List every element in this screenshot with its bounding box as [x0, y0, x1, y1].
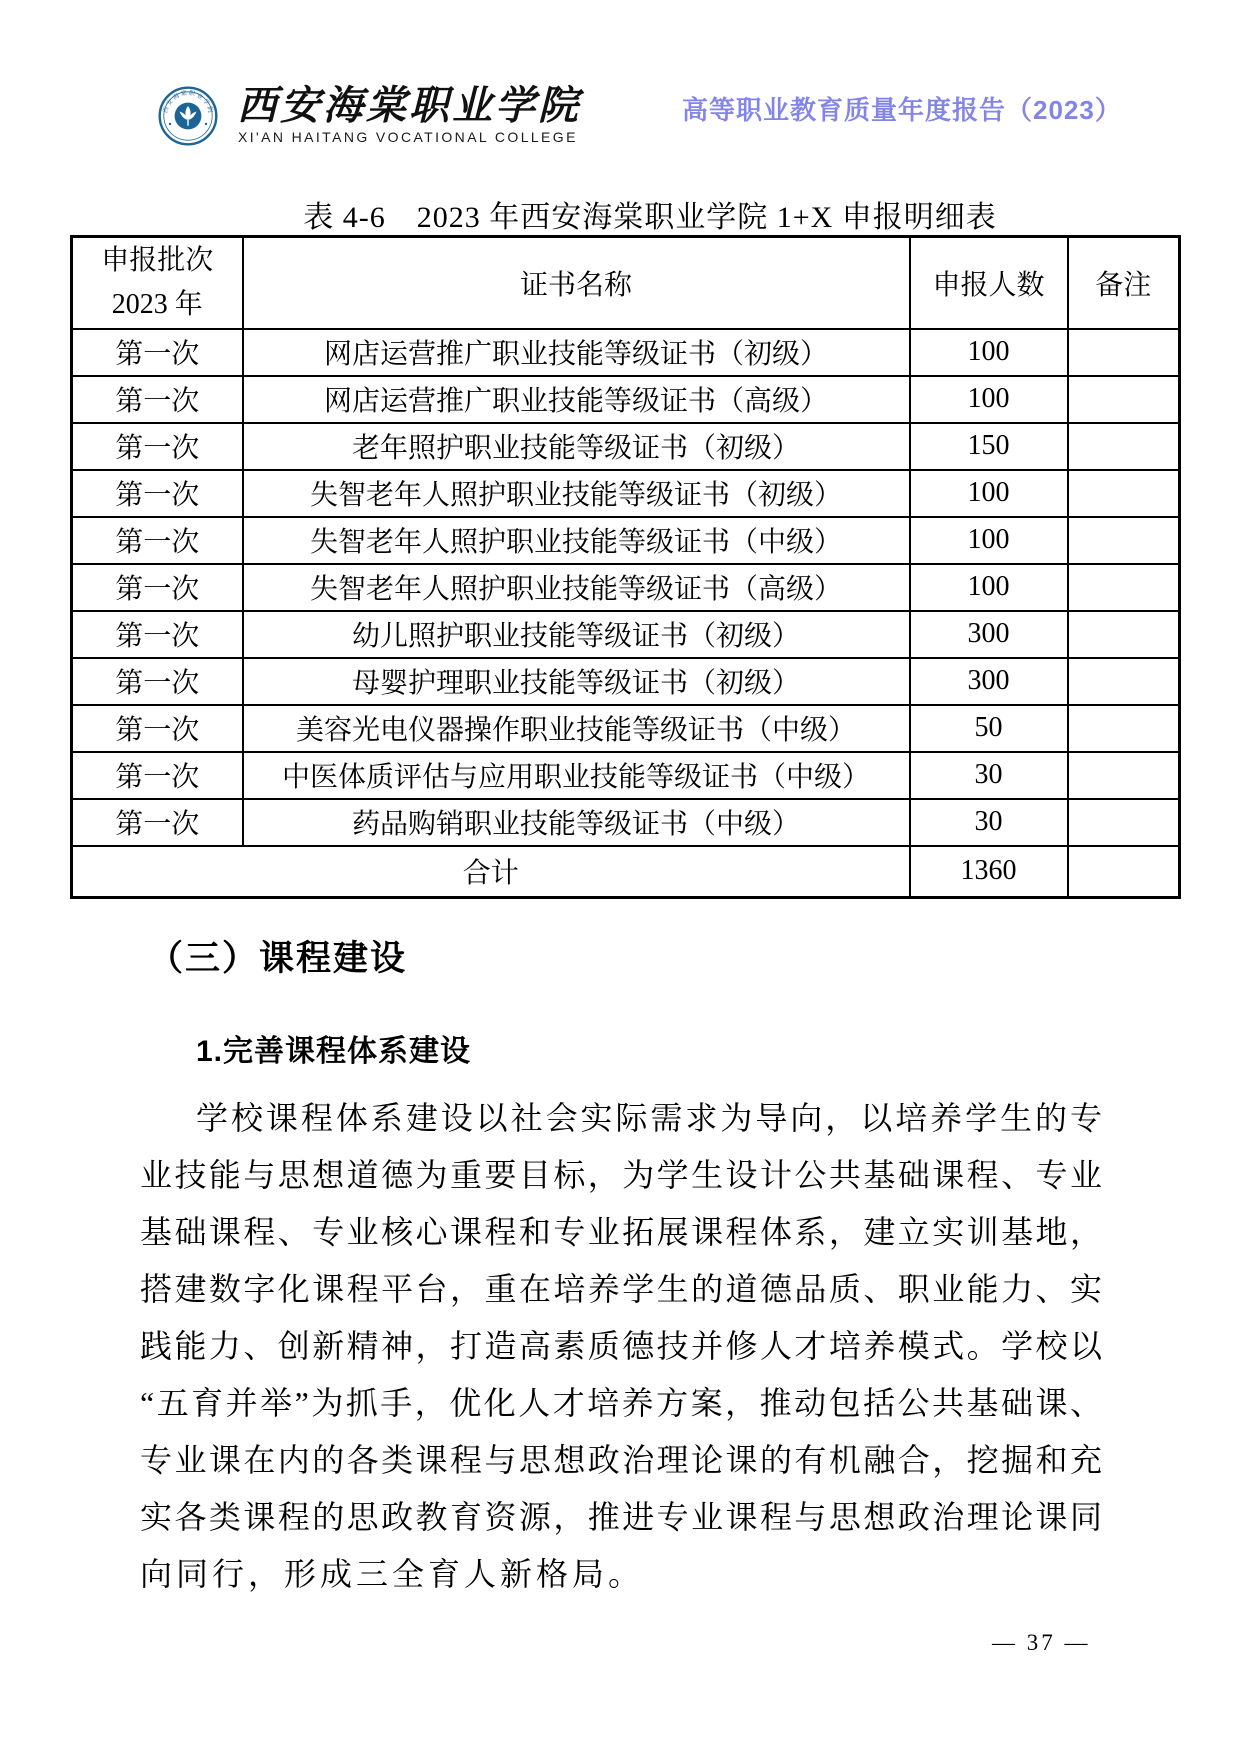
cert-cell: 美容光电仪器操作职业技能等级证书（中级） — [243, 705, 910, 752]
note-cell — [1068, 423, 1180, 470]
count-cell: 150 — [910, 423, 1068, 470]
header-cell-count: 申报人数 — [910, 237, 1068, 329]
page-number: — 37 — — [992, 1630, 1091, 1656]
cert-cell: 药品购销职业技能等级证书（中级） — [243, 799, 910, 846]
note-cell — [1068, 470, 1180, 517]
total-note-cell — [1068, 846, 1180, 898]
table-header-row: 申报批次 2023 年 证书名称 申报人数 备注 — [72, 237, 1180, 329]
batch-cell: 第一次 — [72, 564, 243, 611]
cert-cell: 中医体质评估与应用职业技能等级证书（中级） — [243, 752, 910, 799]
batch-cell: 第一次 — [72, 329, 243, 376]
cert-cell: 网店运营推广职业技能等级证书（高级） — [243, 376, 910, 423]
cert-cell: 失智老年人照护职业技能等级证书（中级） — [243, 517, 910, 564]
batch-cell: 第一次 — [72, 752, 243, 799]
batch-cell: 第一次 — [72, 423, 243, 470]
table-row: 第一次 药品购销职业技能等级证书（中级） 30 — [72, 799, 1180, 846]
college-name-en: XI'AN HAITANG VOCATIONAL COLLEGE — [238, 129, 578, 145]
report-title: 高等职业教育质量年度报告（2023） — [682, 90, 1122, 127]
cert-cell: 母婴护理职业技能等级证书（初级） — [243, 658, 910, 705]
header-cell-note: 备注 — [1068, 237, 1180, 329]
note-cell — [1068, 752, 1180, 799]
application-detail-table: 申报批次 2023 年 证书名称 申报人数 备注 第一次 网店运营推广职业技能等… — [70, 235, 1181, 899]
count-cell: 100 — [910, 470, 1068, 517]
table-row: 第一次 失智老年人照护职业技能等级证书（初级） 100 — [72, 470, 1180, 517]
table-row: 第一次 幼儿照护职业技能等级证书（初级） 300 — [72, 611, 1180, 658]
batch-cell: 第一次 — [72, 611, 243, 658]
table-row: 第一次 母婴护理职业技能等级证书（初级） 300 — [72, 658, 1180, 705]
paragraph-line: 业技能与思想道德为重要目标，为学生设计公共基础课程、专业 — [140, 1147, 1103, 1204]
total-label-cell: 合计 — [72, 846, 910, 898]
count-cell: 100 — [910, 564, 1068, 611]
table-row: 第一次 美容光电仪器操作职业技能等级证书（中级） 50 — [72, 705, 1180, 752]
note-cell — [1068, 517, 1180, 564]
table-row: 第一次 网店运营推广职业技能等级证书（初级） 100 — [72, 329, 1180, 376]
count-cell: 100 — [910, 517, 1068, 564]
table-row: 第一次 中医体质评估与应用职业技能等级证书（中级） 30 — [72, 752, 1180, 799]
count-cell: 30 — [910, 799, 1068, 846]
cert-cell: 老年照护职业技能等级证书（初级） — [243, 423, 910, 470]
paragraph-line: 学校课程体系建设以社会实际需求为导向，以培养学生的专 — [140, 1090, 1103, 1147]
batch-cell: 第一次 — [72, 658, 243, 705]
cert-cell: 失智老年人照护职业技能等级证书（初级） — [243, 470, 910, 517]
table-row: 第一次 失智老年人照护职业技能等级证书（高级） 100 — [72, 564, 1180, 611]
batch-cell: 第一次 — [72, 799, 243, 846]
paragraph-line: 基础课程、专业核心课程和专业拓展课程体系，建立实训基地， — [140, 1204, 1103, 1261]
note-cell — [1068, 564, 1180, 611]
paragraph-line: 专业课在内的各类课程与思想政治理论课的有机融合，挖掘和充 — [140, 1432, 1103, 1489]
table-row: 第一次 老年照护职业技能等级证书（初级） 150 — [72, 423, 1180, 470]
subsection-heading: 1.完善课程体系建设 — [196, 1026, 471, 1070]
cert-cell: 幼儿照护职业技能等级证书（初级） — [243, 611, 910, 658]
section-heading: （三）课程建设 — [148, 931, 407, 981]
header-cell-cert: 证书名称 — [243, 237, 910, 329]
table-row: 第一次 失智老年人照护职业技能等级证书（中级） 100 — [72, 517, 1180, 564]
batch-cell: 第一次 — [72, 470, 243, 517]
note-cell — [1068, 329, 1180, 376]
header-batch-line2: 2023 年 — [73, 283, 242, 327]
note-cell — [1068, 611, 1180, 658]
total-count-cell: 1360 — [910, 846, 1068, 898]
count-cell: 100 — [910, 329, 1068, 376]
count-cell: 50 — [910, 705, 1068, 752]
header-cell-batch: 申报批次 2023 年 — [72, 237, 243, 329]
college-name-zh: 西安海棠职业学院 — [237, 84, 581, 128]
table-caption: 表 4-6 2023 年西安海棠职业学院 1+X 申报明细表 — [70, 192, 1178, 236]
note-cell — [1068, 658, 1180, 705]
note-cell — [1068, 799, 1180, 846]
table-row: 第一次 网店运营推广职业技能等级证书（高级） 100 — [72, 376, 1180, 423]
batch-cell: 第一次 — [72, 376, 243, 423]
paragraph-line: “五育并举”为抓手，优化人才培养方案，推动包括公共基础课、 — [140, 1375, 1103, 1432]
note-cell — [1068, 376, 1180, 423]
count-cell: 300 — [910, 611, 1068, 658]
body-paragraph: 学校课程体系建设以社会实际需求为导向，以培养学生的专 业技能与思想道德为重要目标… — [140, 1090, 1103, 1603]
cert-cell: 失智老年人照护职业技能等级证书（高级） — [243, 564, 910, 611]
count-cell: 300 — [910, 658, 1068, 705]
batch-cell: 第一次 — [72, 517, 243, 564]
cert-cell: 网店运营推广职业技能等级证书（初级） — [243, 329, 910, 376]
note-cell — [1068, 705, 1180, 752]
count-cell: 100 — [910, 376, 1068, 423]
paragraph-line: 践能力、创新精神，打造高素质德技并修人才培养模式。学校以 — [140, 1318, 1103, 1375]
college-seal-icon: 西安海棠职业学院 — [158, 86, 218, 146]
table-total-row: 合计 1360 — [72, 846, 1180, 898]
header-batch-line1: 申报批次 — [73, 239, 242, 283]
document-page: 西安海棠职业学院 西安海棠职业学院 XI'AN HAITANG VOCATION… — [0, 0, 1240, 1754]
batch-cell: 第一次 — [72, 705, 243, 752]
paragraph-line: 实各类课程的思政教育资源，推进专业课程与思想政治理论课同 — [140, 1489, 1103, 1546]
paragraph-line: 搭建数字化课程平台，重在培养学生的道德品质、职业能力、实 — [140, 1261, 1103, 1318]
paragraph-line: 向同行，形成三全育人新格局。 — [140, 1546, 1103, 1603]
count-cell: 30 — [910, 752, 1068, 799]
